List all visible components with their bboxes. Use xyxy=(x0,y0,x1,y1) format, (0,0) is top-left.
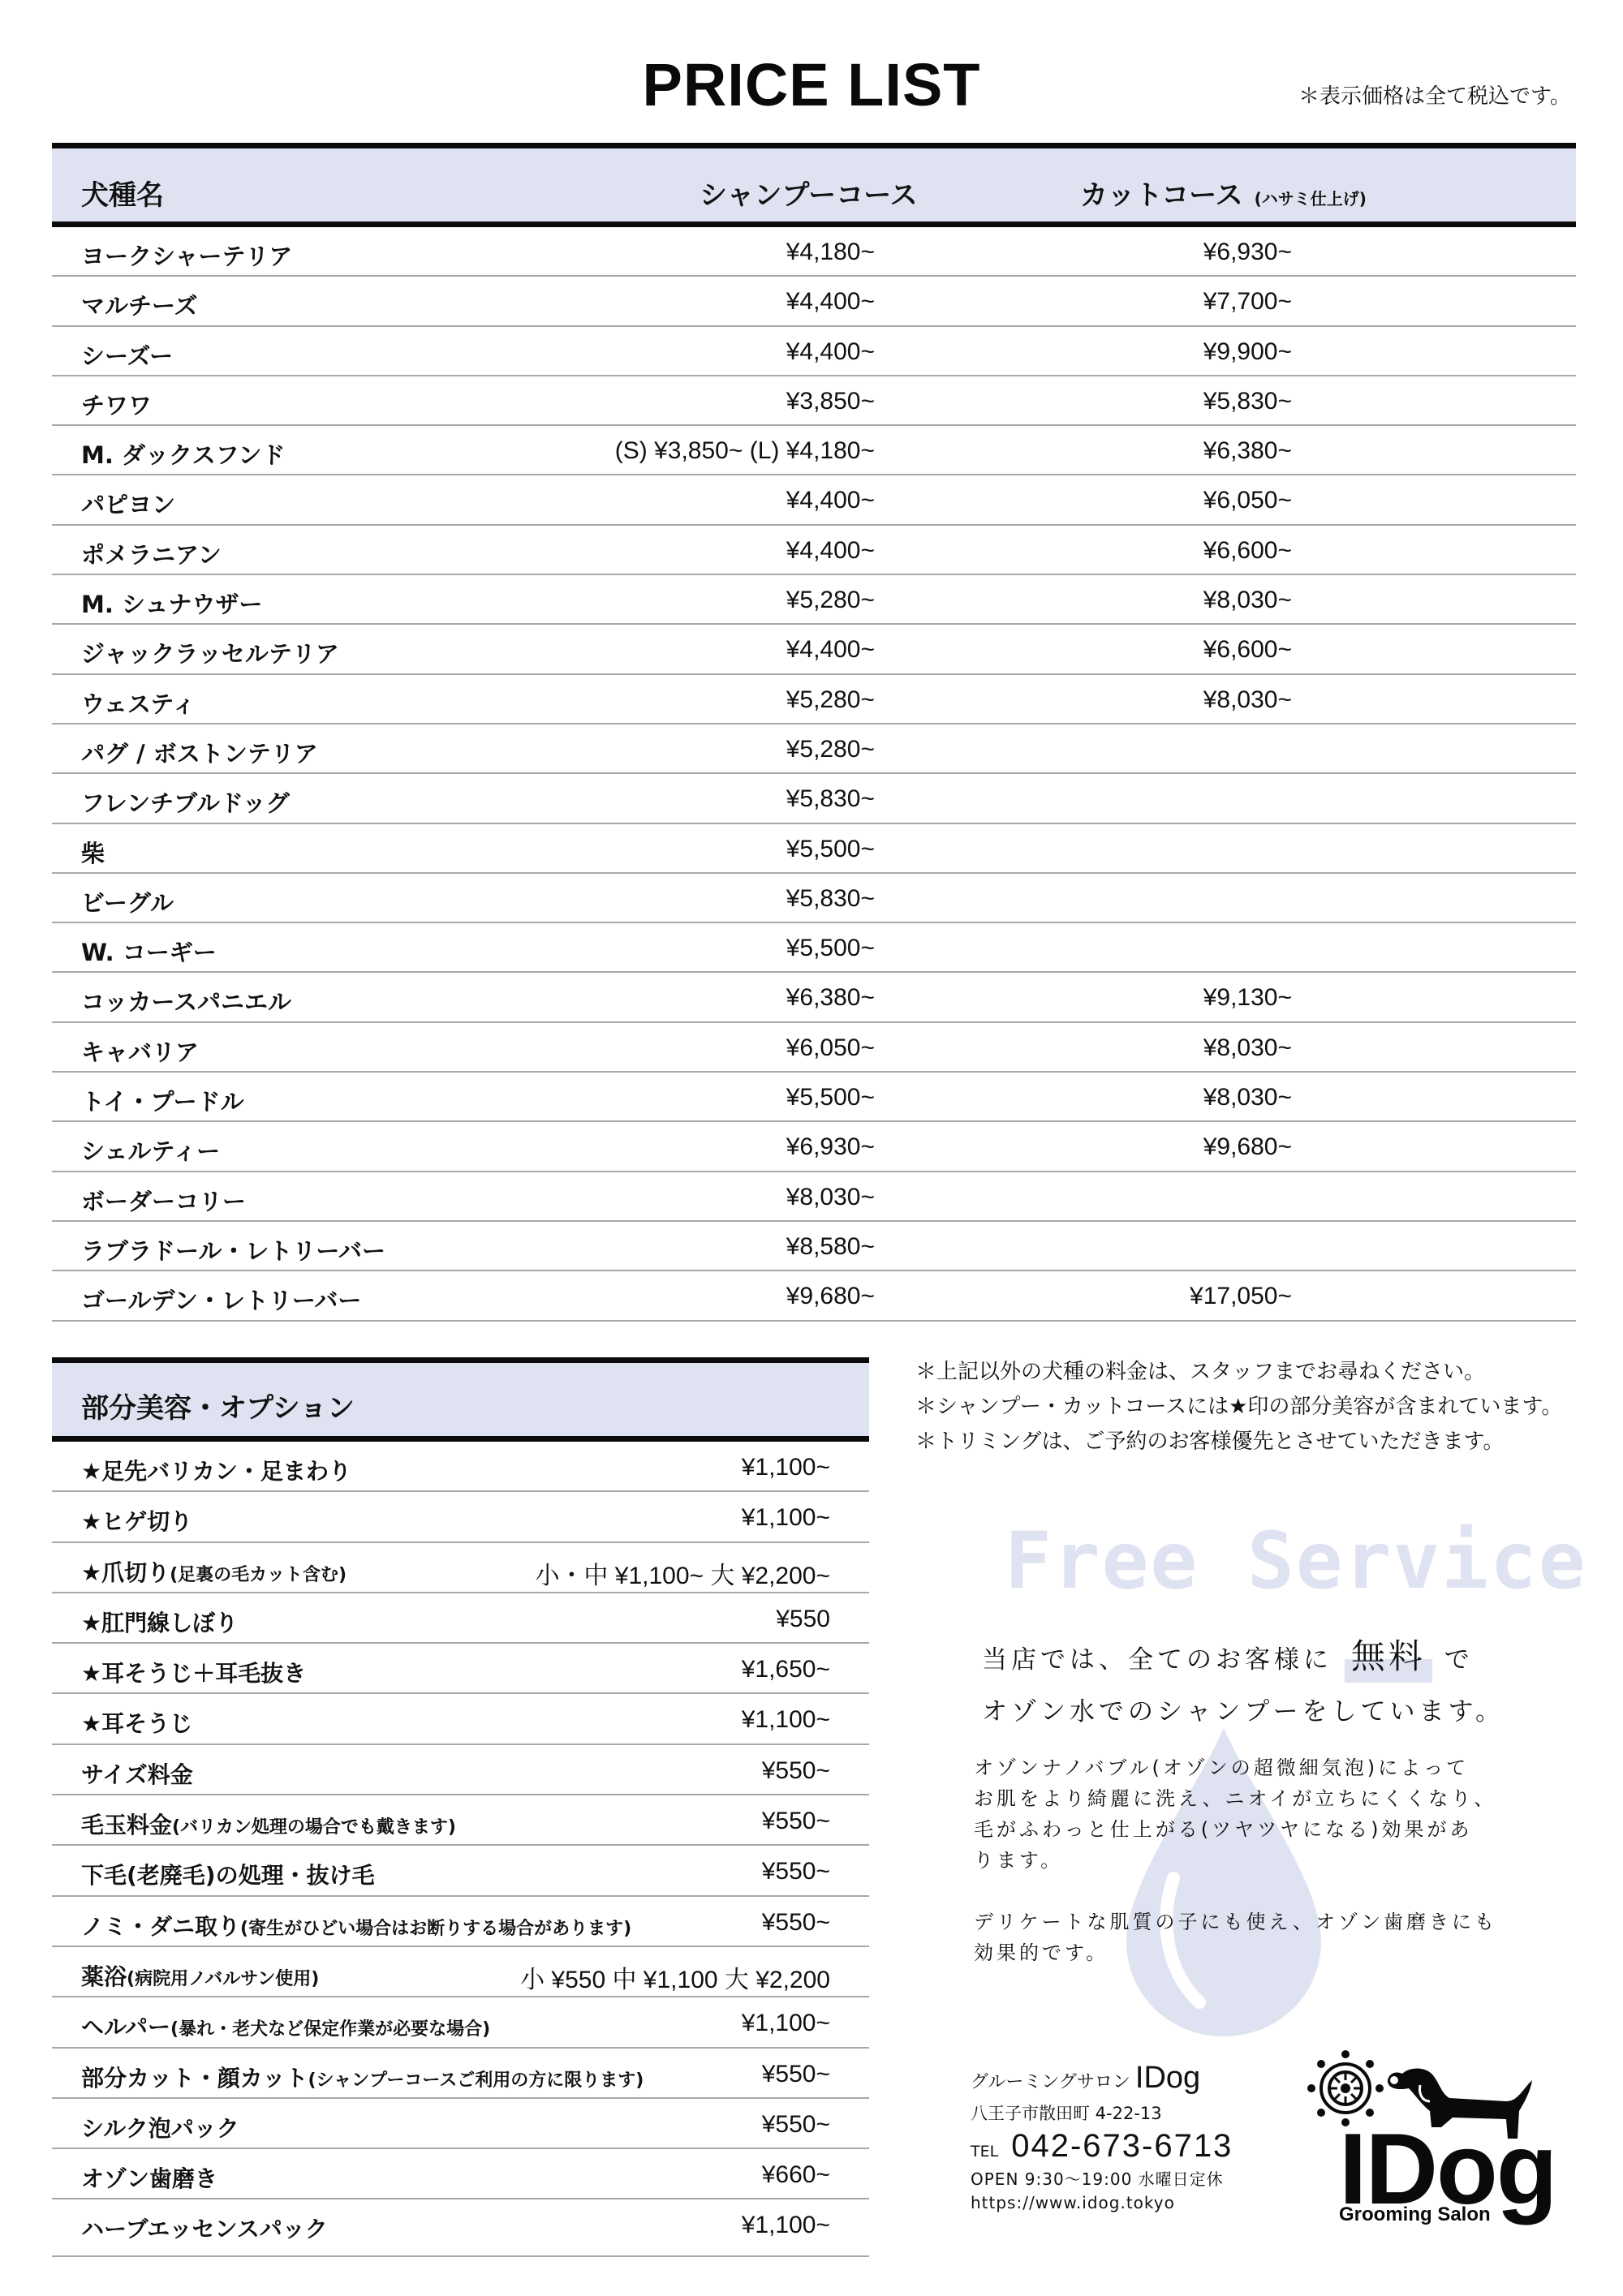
cut-price-cell: ¥8,030~ xyxy=(1203,1034,1292,1062)
opening-hours: OPEN 9:30〜19:00 水曜日定休 xyxy=(971,2166,1233,2190)
cut-price-cell: ¥7,700~ xyxy=(1203,288,1292,316)
column-header-shampoo: シャンプーコース xyxy=(700,173,918,213)
option-name: 毛玉料金(バリカン処理の場合でも戴きます) xyxy=(81,1808,456,1840)
breed-cell: トイ・プードル xyxy=(81,1084,244,1117)
table-row: W. コーギー¥5,500~ xyxy=(52,923,1576,973)
option-name-note: (暴れ・老犬など保定作業が必要な場合) xyxy=(170,2019,490,2040)
table-header: 犬種名 シャンプーコース カットコース(ハサミ仕上げ) xyxy=(52,143,1576,227)
option-name-label: ★足先バリカン・足まわり xyxy=(81,1458,351,1485)
free-service-line2: オゾン水でのシャンプーをしています。 xyxy=(982,1686,1505,1738)
breed-cell: パグ / ボストンテリア xyxy=(81,736,318,769)
description-paragraph-1: オゾンナノバブル(オゾンの超微細気泡)によって お肌をより綺麗に洗え、ニオイが立… xyxy=(974,1752,1497,1876)
options-title: 部分美容・オプション xyxy=(81,1386,355,1425)
free-service-description: オゾンナノバブル(オゾンの超微細気泡)によって お肌をより綺麗に洗え、ニオイが立… xyxy=(974,1752,1497,1999)
shampoo-price-cell: ¥6,050~ xyxy=(786,1034,875,1062)
table-row: トイ・プードル¥5,500~¥8,030~ xyxy=(52,1073,1576,1122)
logo-tagline: Grooming Salon xyxy=(1339,2204,1491,2226)
table-row: 柴¥5,500~ xyxy=(52,824,1576,874)
table-row: ポメラニアン¥4,400~¥6,600~ xyxy=(52,526,1576,575)
option-name-note: (病院用ノバルサン使用) xyxy=(127,1969,319,1989)
cut-price-cell: ¥8,030~ xyxy=(1203,686,1292,714)
option-row: 下毛(老廃毛)の処理・抜け毛¥550~ xyxy=(52,1846,869,1896)
breed-cell: パピヨン xyxy=(81,487,175,520)
website-link[interactable]: https://www.idog.tokyo xyxy=(971,2193,1233,2212)
option-price: ¥550~ xyxy=(762,1757,830,1785)
breed-cell: ビーグル xyxy=(81,885,174,918)
breed-cell: ヨークシャーテリア xyxy=(81,239,292,272)
note-item: ＊トリミングは、ご予約のお客様優先とさせていただきます。 xyxy=(915,1425,1562,1460)
free-service-line1: 当店では、全てのお客様に 無料 で xyxy=(982,1631,1505,1686)
cut-price-cell: ¥9,130~ xyxy=(1203,984,1292,1012)
option-row: サイズ料金¥550~ xyxy=(52,1745,869,1795)
option-price: ¥550 xyxy=(776,1606,830,1633)
free-service-title: Free Service xyxy=(1005,1516,1587,1606)
breed-cell: シェルティー xyxy=(81,1133,220,1167)
option-price: ¥550~ xyxy=(762,2061,830,2088)
breed-cell: チワワ xyxy=(81,388,152,421)
cut-price-cell: ¥6,050~ xyxy=(1203,487,1292,514)
option-name: シルク泡パック xyxy=(81,2111,239,2143)
breed-cell: ゴールデン・レトリーバー xyxy=(81,1283,361,1316)
cut-price-cell: ¥17,050~ xyxy=(1190,1283,1292,1310)
options-table: 部分美容・オプション ★足先バリカン・足まわり¥1,100~★ヒゲ切り¥1,10… xyxy=(52,1357,869,2257)
shampoo-price-cell: ¥5,500~ xyxy=(786,1084,875,1111)
shampoo-price-cell: ¥5,280~ xyxy=(786,736,875,763)
note-item: ＊シャンプー・カットコースには★印の部分美容が含まれています。 xyxy=(915,1390,1562,1425)
cut-price-cell: ¥9,900~ xyxy=(1203,338,1292,366)
option-name: ★耳そうじ＋耳毛抜き xyxy=(81,1656,306,1688)
option-name: ノミ・ダニ取り(寄生がひどい場合はお断りする場合があります) xyxy=(81,1909,631,1941)
option-price: ¥550~ xyxy=(762,1808,830,1835)
option-price: ¥1,100~ xyxy=(742,1706,830,1734)
table-body: ヨークシャーテリア¥4,180~¥6,930~マルチーズ¥4,400~¥7,70… xyxy=(52,227,1576,1322)
shampoo-price-cell: ¥3,850~ xyxy=(786,388,875,415)
option-price: ¥1,100~ xyxy=(742,2212,830,2239)
option-name-label: ヘルパー xyxy=(81,2014,170,2040)
option-row: シルク泡パック¥550~ xyxy=(52,2099,869,2149)
options-header: 部分美容・オプション xyxy=(52,1357,869,1442)
option-price: ¥550~ xyxy=(762,2111,830,2139)
shop-name: グルーミングサロンIDog xyxy=(971,2061,1233,2096)
option-name: 下毛(老廃毛)の処理・抜け毛 xyxy=(81,1858,375,1890)
breed-cell: コッカースパニエル xyxy=(81,984,291,1017)
column-header-cut-label: カットコース xyxy=(1080,179,1243,212)
table-row: キャバリア¥6,050~¥8,030~ xyxy=(52,1023,1576,1073)
column-header-breed: 犬種名 xyxy=(81,173,164,213)
description-line: 効果的です。 xyxy=(974,1941,1109,1964)
shampoo-price-cell: ¥5,280~ xyxy=(786,686,875,714)
shampoo-price-cell: ¥6,930~ xyxy=(786,1133,875,1161)
table-row: チワワ¥3,850~¥5,830~ xyxy=(52,376,1576,426)
shampoo-price-cell: ¥4,400~ xyxy=(786,636,875,664)
option-price: ¥660~ xyxy=(762,2161,830,2189)
option-name-label: 部分カット・顔カット xyxy=(81,2065,308,2092)
shampoo-price-cell: ¥5,500~ xyxy=(786,836,875,863)
option-name: ★足先バリカン・足まわり xyxy=(81,1454,351,1486)
option-name-label: ★耳そうじ xyxy=(81,1710,192,1737)
option-name: 薬浴(病院用ノバルサン使用) xyxy=(81,1959,319,1992)
description-line: ります。 xyxy=(974,1849,1063,1872)
option-row: ノミ・ダニ取り(寄生がひどい場合はお断りする場合があります)¥550~ xyxy=(52,1897,869,1947)
option-row: ★爪切り(足裏の毛カット含む)小・中 ¥1,100~ 大 ¥2,200~ xyxy=(52,1543,869,1593)
option-name-label: 薬浴 xyxy=(81,1963,127,1990)
cut-price-cell: ¥6,600~ xyxy=(1203,537,1292,565)
table-row: マルチーズ¥4,400~¥7,700~ xyxy=(52,277,1576,326)
idog-logo: IDog Grooming Salon xyxy=(1303,2044,1547,2231)
shampoo-price-cell: ¥4,400~ xyxy=(786,288,875,316)
table-row: ウェスティ¥5,280~¥8,030~ xyxy=(52,675,1576,724)
option-price: ¥550~ xyxy=(762,1858,830,1885)
shampoo-price-cell: ¥4,180~ xyxy=(786,239,875,266)
table-row: M. ダックスフンド(S) ¥3,850~ (L) ¥4,180~¥6,380~ xyxy=(52,426,1576,475)
option-name: 部分カット・顔カット(シャンプーコースご利用の方に限ります) xyxy=(81,2061,644,2093)
option-price: ¥1,100~ xyxy=(742,1504,830,1532)
lead-text: 当店では、全てのお客様に xyxy=(982,1645,1332,1675)
cut-price-cell: ¥5,830~ xyxy=(1203,388,1292,415)
option-row: 毛玉料金(バリカン処理の場合でも戴きます)¥550~ xyxy=(52,1795,869,1846)
address: 八王子市散田町 4-22-13 xyxy=(971,2100,1233,2125)
free-service-lead: 当店では、全てのお客様に 無料 で オゾン水でのシャンプーをしています。 xyxy=(982,1631,1505,1738)
option-price: ¥1,100~ xyxy=(742,1454,830,1481)
option-row: 部分カット・顔カット(シャンプーコースご利用の方に限ります)¥550~ xyxy=(52,2049,869,2099)
option-name-note: (バリカン処理の場合でも戴きます) xyxy=(172,1817,456,1838)
table-row: ゴールデン・レトリーバー¥9,680~¥17,050~ xyxy=(52,1271,1576,1321)
breed-cell: ポメラニアン xyxy=(81,537,222,570)
description-line: オゾンナノバブル(オゾンの超微細気泡)によって xyxy=(974,1756,1469,1779)
option-name-label: オゾン歯磨き xyxy=(81,2165,217,2192)
tel-number[interactable]: 042-673-6713 xyxy=(1011,2128,1233,2164)
table-row: フレンチブルドッグ¥5,830~ xyxy=(52,774,1576,823)
option-name: ハーブエッセンスパック xyxy=(81,2212,328,2244)
option-name: ★爪切り(足裏の毛カット含む) xyxy=(81,1555,347,1588)
table-row: ビーグル¥5,830~ xyxy=(52,874,1576,923)
option-row: オゾン歯磨き¥660~ xyxy=(52,2149,869,2199)
option-name-label: シルク泡パック xyxy=(81,2115,239,2142)
option-row: 薬浴(病院用ノバルサン使用)小 ¥550 中 ¥1,100 大 ¥2,200 xyxy=(52,1947,869,1997)
table-row: ラブラドール・レトリーバー¥8,580~ xyxy=(52,1222,1576,1271)
description-paragraph-2: デリケートな肌質の子にも使え、オゾン歯磨きにも 効果的です。 xyxy=(974,1907,1497,1968)
option-name: ★ヒゲ切り xyxy=(81,1504,192,1537)
shop-prefix: グルーミングサロン xyxy=(971,2072,1130,2092)
cut-price-cell: ¥6,930~ xyxy=(1203,239,1292,266)
breed-cell: W. コーギー xyxy=(81,935,217,968)
shampoo-price-cell: ¥8,580~ xyxy=(786,1233,875,1261)
option-name-label: 下毛(老廃毛)の処理・抜け毛 xyxy=(81,1862,375,1889)
breed-cell: ジャックラッセルテリア xyxy=(81,636,339,669)
option-row: ハーブエッセンスパック¥1,100~ xyxy=(52,2199,869,2257)
cut-price-cell: ¥8,030~ xyxy=(1203,1084,1292,1111)
option-price: ¥1,100~ xyxy=(742,2010,830,2037)
free-highlight: 無料 xyxy=(1345,1631,1432,1683)
option-name-label: ハーブエッセンスパック xyxy=(81,2216,328,2242)
shampoo-price-cell: ¥9,680~ xyxy=(786,1283,875,1310)
shampoo-price-cell: ¥5,830~ xyxy=(786,785,875,813)
breed-cell: M. シュナウザー xyxy=(81,587,262,620)
shampoo-price-cell: ¥6,380~ xyxy=(786,984,875,1012)
option-name-label: ★耳そうじ＋耳毛抜き xyxy=(81,1660,306,1687)
option-row: ★耳そうじ＋耳毛抜き¥1,650~ xyxy=(52,1644,869,1694)
option-name-label: ★爪切り xyxy=(81,1559,170,1586)
shampoo-price-cell: ¥4,400~ xyxy=(786,537,875,565)
column-header-cut: カットコース(ハサミ仕上げ) xyxy=(1080,173,1367,213)
table-row: パグ / ボストンテリア¥5,280~ xyxy=(52,724,1576,774)
table-row: パピヨン¥4,400~¥6,050~ xyxy=(52,475,1576,525)
table-row: コッカースパニエル¥6,380~¥9,130~ xyxy=(52,973,1576,1022)
note-item: ＊上記以外の犬種の料金は、スタッフまでお尋ねください。 xyxy=(915,1355,1562,1390)
shop-brand: IDog xyxy=(1135,2061,1200,2095)
option-row: ★ヒゲ切り¥1,100~ xyxy=(52,1492,869,1542)
breed-cell: ラブラドール・レトリーバー xyxy=(81,1233,385,1266)
cut-price-cell: ¥6,380~ xyxy=(1203,437,1292,465)
description-line: お肌をより綺麗に洗え、ニオイが立ちにくくなり、 xyxy=(974,1787,1496,1810)
shampoo-price-cell: ¥5,500~ xyxy=(786,935,875,962)
breed-cell: 柴 xyxy=(81,836,105,869)
table-row: ヨークシャーテリア¥4,180~¥6,930~ xyxy=(52,227,1576,277)
notes: ＊上記以外の犬種の料金は、スタッフまでお尋ねください。 ＊シャンプー・カットコー… xyxy=(915,1355,1562,1460)
table-row: シェルティー¥6,930~¥9,680~ xyxy=(52,1122,1576,1172)
column-header-cut-sub: (ハサミ仕上げ) xyxy=(1255,189,1367,209)
option-name: ★耳そうじ xyxy=(81,1706,192,1739)
option-name-note: (足裏の毛カット含む) xyxy=(170,1565,347,1585)
option-name-note: (シャンプーコースご利用の方に限ります) xyxy=(308,2070,644,2091)
shampoo-price-cell: ¥4,400~ xyxy=(786,487,875,514)
breed-cell: マルチーズ xyxy=(81,288,198,321)
shampoo-price-cell: ¥8,030~ xyxy=(786,1184,875,1211)
breed-cell: フレンチブルドッグ xyxy=(81,785,290,819)
option-name-label: 毛玉料金 xyxy=(81,1812,172,1838)
shampoo-price-cell: (S) ¥3,850~ (L) ¥4,180~ xyxy=(615,437,875,465)
tel-label: TEL xyxy=(971,2143,998,2161)
shampoo-price-cell: ¥4,400~ xyxy=(786,338,875,366)
breed-cell: シーズー xyxy=(81,338,173,372)
shampoo-price-cell: ¥5,830~ xyxy=(786,885,875,913)
option-row: ★肛門線しぼり¥550 xyxy=(52,1593,869,1644)
table-row: シーズー¥4,400~¥9,900~ xyxy=(52,327,1576,376)
cut-price-cell: ¥9,680~ xyxy=(1203,1133,1292,1161)
option-name: ★肛門線しぼり xyxy=(81,1606,238,1638)
option-row: ★足先バリカン・足まわり¥1,100~ xyxy=(52,1442,869,1492)
option-price: ¥550~ xyxy=(762,1909,830,1937)
breed-cell: ウェスティ xyxy=(81,686,196,720)
contact-info: グルーミングサロンIDog 八王子市散田町 4-22-13 TEL042-673… xyxy=(971,2061,1233,2212)
description-line: 毛がふわっと仕上がる(ツヤツヤになる)効果があ xyxy=(974,1818,1473,1841)
option-row: ★耳そうじ¥1,100~ xyxy=(52,1694,869,1744)
cut-price-cell: ¥6,600~ xyxy=(1203,636,1292,664)
cut-price-cell: ¥8,030~ xyxy=(1203,587,1292,614)
option-name: オゾン歯磨き xyxy=(81,2161,217,2194)
breed-cell: ボーダーコリー xyxy=(81,1184,246,1217)
lead-text-after: で xyxy=(1444,1645,1474,1675)
table-row: ボーダーコリー¥8,030~ xyxy=(52,1172,1576,1222)
option-name-label: ★肛門線しぼり xyxy=(81,1610,238,1636)
table-row: ジャックラッセルテリア¥4,400~¥6,600~ xyxy=(52,625,1576,674)
option-name: サイズ料金 xyxy=(81,1757,193,1790)
breed-cell: キャバリア xyxy=(81,1034,199,1068)
option-name-note: (寄生がひどい場合はお断りする場合があります) xyxy=(240,1919,631,1939)
description-line: デリケートな肌質の子にも使え、オゾン歯磨きにも xyxy=(974,1911,1497,1933)
options-body: ★足先バリカン・足まわり¥1,100~★ヒゲ切り¥1,100~★爪切り(足裏の毛… xyxy=(52,1442,869,2257)
option-price: ¥1,650~ xyxy=(742,1656,830,1683)
shampoo-price-cell: ¥5,280~ xyxy=(786,587,875,614)
tax-note: ＊表示価格は全て税込です。 xyxy=(1298,80,1571,110)
option-price: 小 ¥550 中 ¥1,100 大 ¥2,200 xyxy=(520,1959,830,1995)
option-name-label: ノミ・ダニ取り xyxy=(81,1913,240,1940)
breed-price-table: 犬種名 シャンプーコース カットコース(ハサミ仕上げ) ヨークシャーテリア¥4,… xyxy=(52,143,1576,1322)
breed-cell: M. ダックスフンド xyxy=(81,437,286,471)
telephone[interactable]: TEL042-673-6713 xyxy=(971,2128,1233,2165)
option-row: ヘルパー(暴れ・老犬など保定作業が必要な場合)¥1,100~ xyxy=(52,1997,869,2048)
table-row: M. シュナウザー¥5,280~¥8,030~ xyxy=(52,575,1576,625)
option-name-label: サイズ料金 xyxy=(81,1761,193,1788)
option-price: 小・中 ¥1,100~ 大 ¥2,200~ xyxy=(535,1555,830,1591)
option-name: ヘルパー(暴れ・老犬など保定作業が必要な場合) xyxy=(81,2010,490,2042)
option-name-label: ★ヒゲ切り xyxy=(81,1508,192,1535)
